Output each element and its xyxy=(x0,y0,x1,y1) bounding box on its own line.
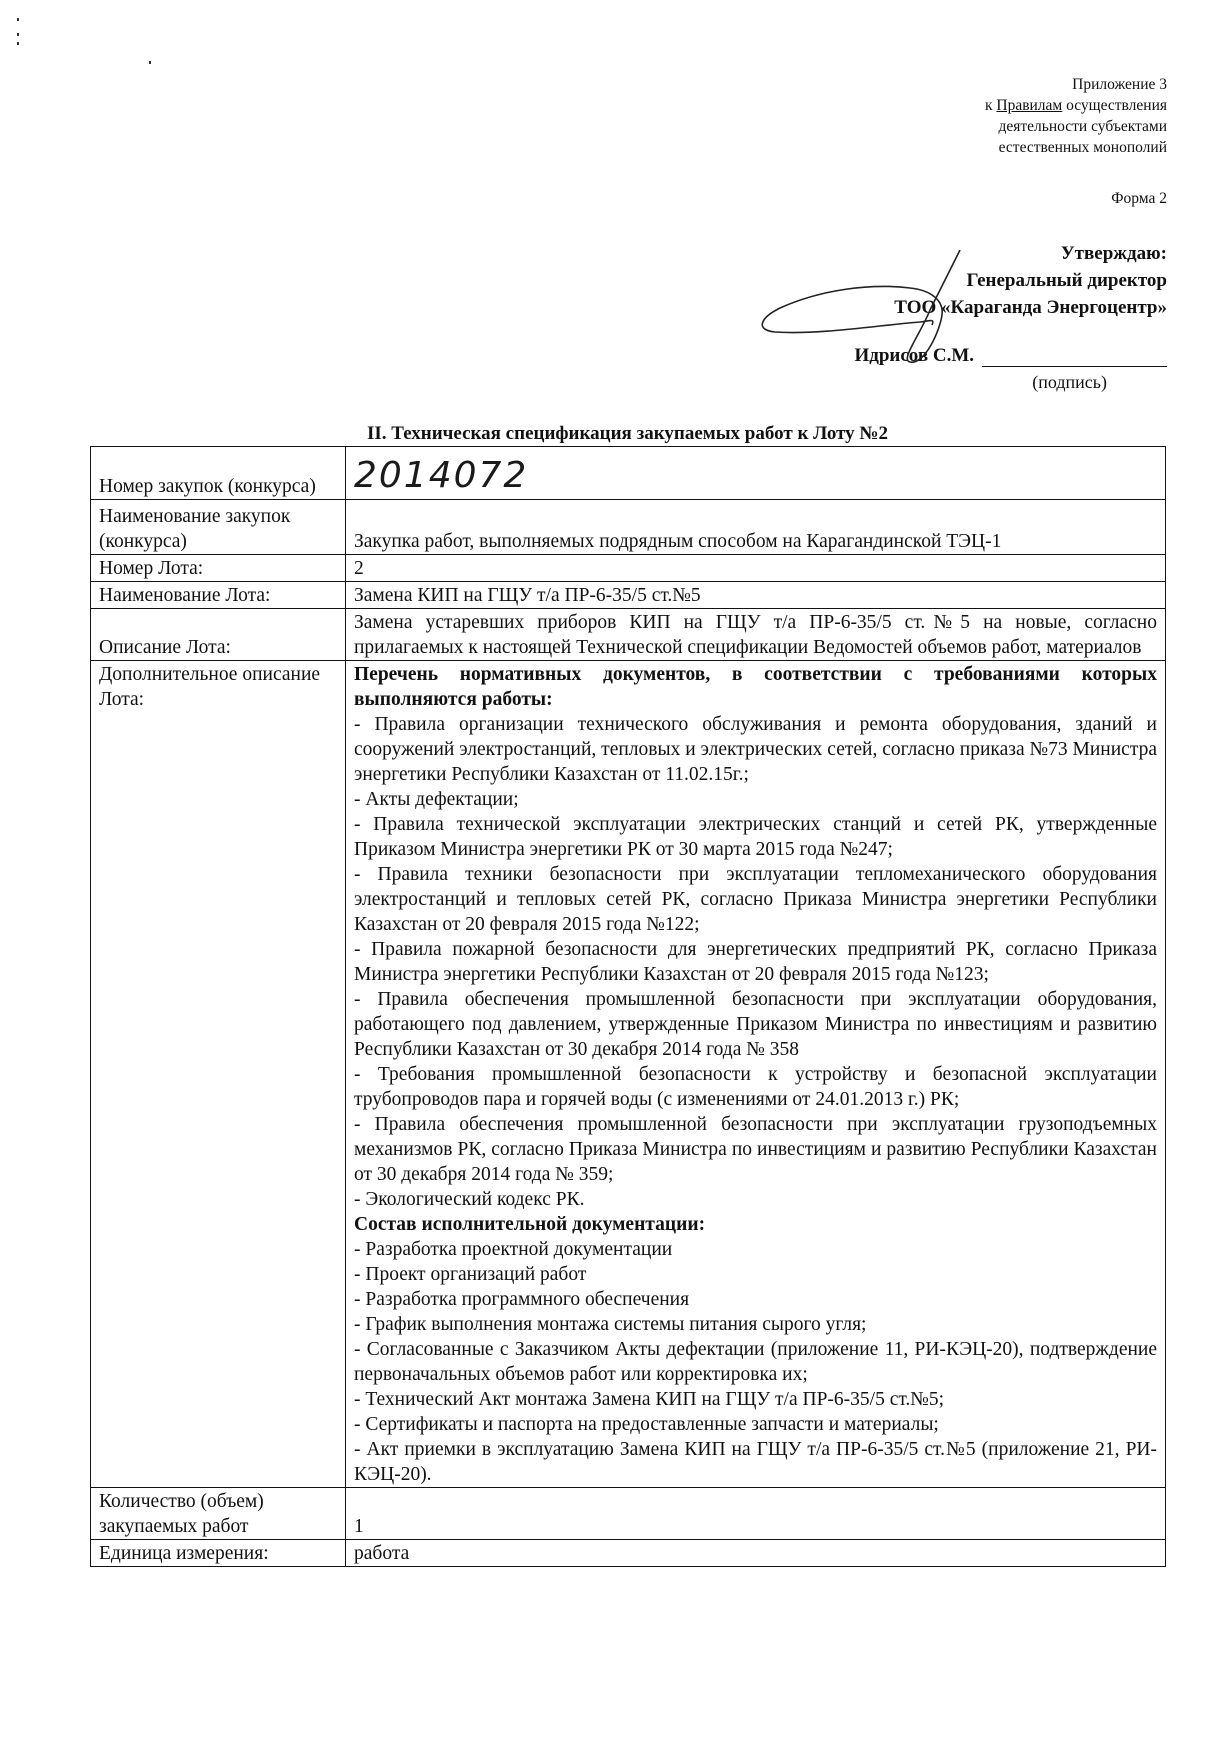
norm-item: - Акты дефектации; xyxy=(354,787,1157,812)
table-row: Количество (объем) закупаемых работ 1 xyxy=(91,1488,1166,1540)
row-value: Закупка работ, выполняемых подрядным спо… xyxy=(346,500,1166,555)
scan-speck xyxy=(149,61,151,64)
row-label: Наименование закупок (конкурса) xyxy=(91,500,346,555)
appendix-reference: Приложение 3 к Правилам осуществления де… xyxy=(985,74,1167,158)
scan-speck xyxy=(17,42,19,45)
row-label: Дополнительное описание Лота: xyxy=(91,661,346,1488)
doc-item: - Разработка проектной документации xyxy=(354,1237,1157,1262)
row-value: Замена устаревших приборов КИП на ГЩУ т/… xyxy=(346,609,1166,661)
form-number: Форма 2 xyxy=(1111,190,1167,208)
handwritten-number: 2014072 xyxy=(354,455,528,496)
doc-item: - Проект организаций работ xyxy=(354,1262,1157,1287)
signature-caption: (подпись) xyxy=(1032,372,1107,393)
row-label: Номер Лота: xyxy=(91,555,346,582)
scan-speck xyxy=(17,33,19,36)
row-label: Наименование Лота: xyxy=(91,582,346,609)
scan-speck xyxy=(17,18,19,21)
doc-item: - Разработка программного обеспечения xyxy=(354,1287,1157,1312)
section-title: II. Техническая спецификация закупаемых … xyxy=(90,423,1165,445)
doc-item: - Согласованные с Заказчиком Акты дефект… xyxy=(354,1337,1157,1387)
appendix-line: деятельности субъектами xyxy=(985,116,1167,137)
doc-item: - Сертификаты и паспорта на предоставлен… xyxy=(354,1412,1157,1437)
rules-link-text: Правилам xyxy=(996,97,1062,114)
row-value: 1 xyxy=(346,1488,1166,1540)
norm-item: - Правила обеспечения промышленной безоп… xyxy=(354,1112,1157,1187)
row-label: Единица измерения: xyxy=(91,1540,346,1567)
spec-table: Номер закупок (конкурса) 2014072 Наимено… xyxy=(90,446,1166,1567)
norm-item: - Правила организации технического обслу… xyxy=(354,712,1157,787)
row-value: 2 xyxy=(346,555,1166,582)
table-row: Номер Лота: 2 xyxy=(91,555,1166,582)
procurement-number: 2014072 xyxy=(346,447,1166,500)
row-label: Количество (объем) закупаемых работ xyxy=(91,1488,346,1540)
appendix-line: естественных монополий xyxy=(985,137,1167,158)
table-row: Наименование закупок (конкурса) Закупка … xyxy=(91,500,1166,555)
table-row: Единица измерения: работа xyxy=(91,1540,1166,1567)
norm-item: - Правила техники безопасности при экспл… xyxy=(354,862,1157,937)
doc-item: - Технический Акт монтажа Замена КИП на … xyxy=(354,1387,1157,1412)
row-label: Описание Лота: xyxy=(91,609,346,661)
norm-item: - Правила пожарной безопасности для энер… xyxy=(354,937,1157,987)
table-row: Номер закупок (конкурса) 2014072 xyxy=(91,447,1166,500)
norm-item: - Экологический кодекс РК. xyxy=(354,1187,1157,1212)
table-row: Дополнительное описание Лота: Перечень н… xyxy=(91,661,1166,1488)
handwritten-signature-icon xyxy=(760,250,1120,370)
table-row: Наименование Лота: Замена КИП на ГЩУ т/а… xyxy=(91,582,1166,609)
appendix-line: Приложение 3 xyxy=(985,74,1167,95)
table-row: Описание Лота: Замена устаревших приборо… xyxy=(91,609,1166,661)
norm-item: - Правила обеспечения промышленной безоп… xyxy=(354,987,1157,1062)
row-value: Замена КИП на ГЩУ т/а ПР-6-35/5 ст.№5 xyxy=(346,582,1166,609)
norm-item: - Требования промышленной безопасности к… xyxy=(354,1062,1157,1112)
additional-description: Перечень нормативных документов, в соотв… xyxy=(346,661,1166,1488)
row-label: Номер закупок (конкурса) xyxy=(91,447,346,500)
appendix-line: к Правилам осуществления xyxy=(985,95,1167,116)
docs-heading: Состав исполнительной документации: xyxy=(354,1212,1157,1237)
doc-item: - Акт приемки в эксплуатацию Замена КИП … xyxy=(354,1437,1157,1487)
norms-heading: Перечень нормативных документов, в соотв… xyxy=(354,662,1157,712)
doc-item: - График выполнения монтажа системы пита… xyxy=(354,1312,1157,1337)
norm-item: - Правила технической эксплуатации элект… xyxy=(354,812,1157,862)
row-value: работа xyxy=(346,1540,1166,1567)
